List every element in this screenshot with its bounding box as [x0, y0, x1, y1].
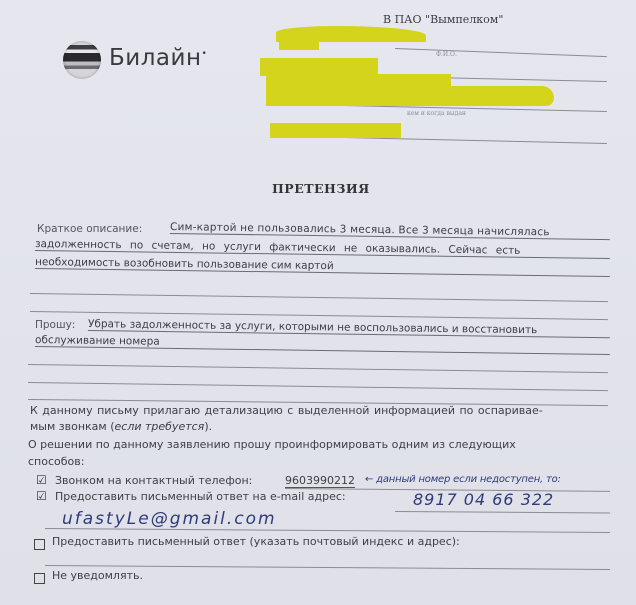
handwritten-phone-note: ← данный номер если недоступен, то:: [365, 474, 561, 485]
option-no-notify-label: Не уведомлять.: [52, 569, 143, 582]
blank-line: [28, 382, 608, 391]
brand-name: Билайн•: [109, 45, 207, 71]
option-email-checkbox[interactable]: ☑: [36, 492, 45, 501]
attachment-text-1: К данному письму прилагаю детализацию с …: [30, 404, 543, 417]
addressee: В ПАО "Вымпелком": [383, 13, 503, 26]
redaction: [270, 123, 401, 138]
issued-caption: кем и когда выдан: [407, 110, 466, 117]
notify-text-1: О решении по данному заявлению прошу про…: [28, 438, 516, 451]
beeline-logo-icon: [63, 41, 101, 79]
handwritten-alt-phone: 8917 04 66 322: [413, 490, 554, 509]
field-line: [395, 511, 610, 514]
blank-line: [30, 293, 608, 302]
attachment-text-2: мым звонкам (если требуется).: [30, 420, 212, 433]
redaction: [279, 38, 319, 50]
field-line: [45, 528, 610, 533]
document-page: Билайн• В ПАО "Вымпелком" Ф.И.О. кем и к…: [0, 0, 636, 605]
description-line-1: Сим-картой не пользовались 3 месяца. Все…: [170, 221, 610, 240]
description-line-3: необходимость возобновить пользование си…: [35, 256, 610, 277]
phone-value: 9603990212: [285, 474, 355, 488]
option-post-label: Предоставить письменный ответ (указать п…: [52, 535, 460, 548]
blank-line: [28, 364, 608, 373]
notify-text-2: способов:: [28, 455, 84, 468]
request-line-2: обслуживание номера: [35, 334, 610, 355]
option-post-checkbox[interactable]: [34, 539, 45, 550]
redaction: [266, 86, 554, 106]
handwritten-email: ufastyLe@gmail.com: [62, 509, 277, 529]
request-label: Прошу:: [35, 319, 75, 331]
option-no-notify-checkbox[interactable]: [34, 573, 45, 584]
description-label: Краткое описание:: [37, 223, 142, 235]
fio-caption: Ф.И.О.: [436, 51, 457, 58]
field-line: [395, 48, 607, 57]
document-title: ПРЕТЕНЗИЯ: [272, 181, 370, 196]
option-phone-checkbox[interactable]: ☑: [36, 476, 45, 485]
description-line-2: задолженность по счетам, но услуги факти…: [35, 238, 610, 259]
option-email-label: Предоставить письменный ответ на e-mail …: [55, 490, 346, 503]
option-phone-label: Звонком на контактный телефон:: [55, 474, 252, 487]
